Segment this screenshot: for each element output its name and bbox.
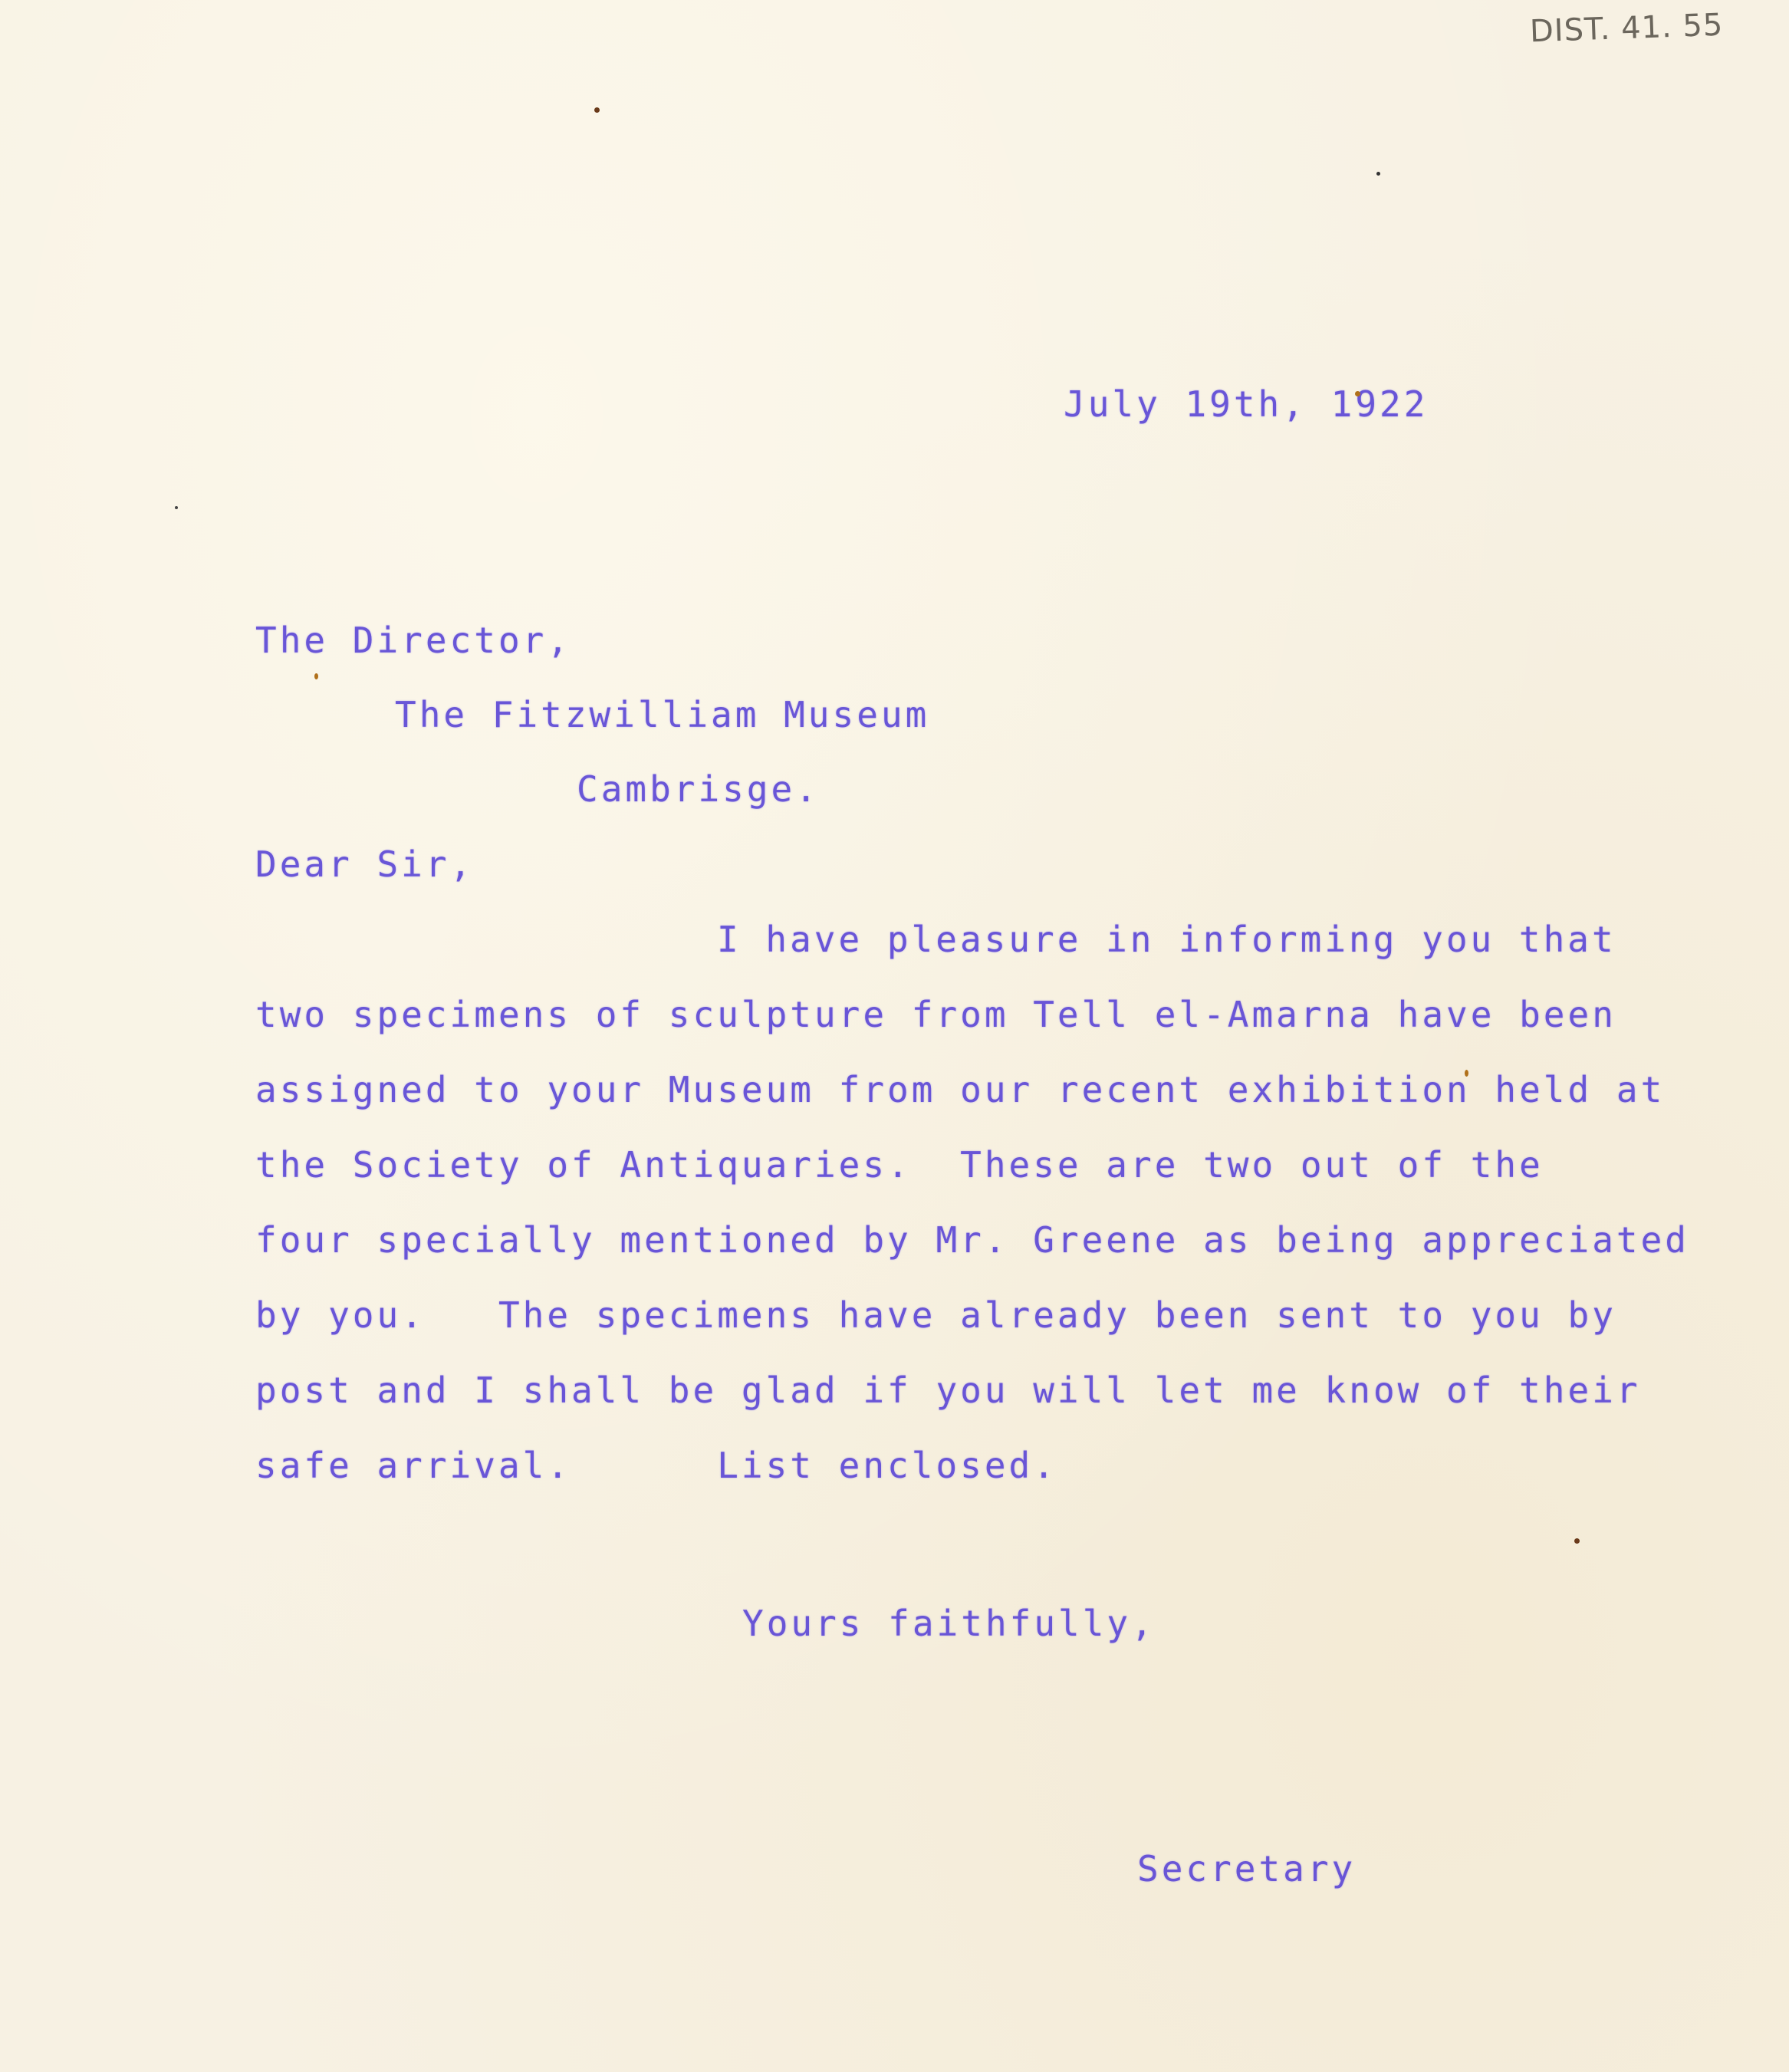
letter-page: DIST. 41. 55 July 19th, 1922 The Directo… [0, 0, 1789, 2072]
body-line: assigned to your Museum from our recent … [255, 1069, 1665, 1110]
paper-speck [1465, 1070, 1468, 1077]
recipient-line-3: Cambrisge. [577, 768, 820, 810]
body-line: I have pleasure in informing you that [717, 919, 1616, 960]
body-line: post and I shall be glad if you will let… [255, 1370, 1641, 1411]
body-line: the Society of Antiquaries. These are tw… [255, 1144, 1544, 1186]
paper-speck [594, 107, 600, 113]
body-line: four specially mentioned by Mr. Greene a… [255, 1219, 1689, 1261]
body-line: two specimens of sculpture from Tell el-… [255, 994, 1616, 1035]
letter-date: July 19th, 1922 [1064, 383, 1428, 425]
paper-speck [1355, 391, 1360, 396]
paper-speck [314, 673, 318, 679]
paper-speck [1376, 172, 1380, 176]
recipient-line-1: The Director, [255, 620, 571, 661]
salutation: Dear Sir, [255, 844, 474, 885]
paper-speck [1574, 1538, 1580, 1544]
archive-reference: DIST. 41. 55 [1529, 8, 1724, 50]
closing: Yours faithfully, [742, 1603, 1156, 1644]
paper-speck [175, 506, 178, 509]
recipient-line-2: The Fitzwilliam Museum [395, 694, 929, 735]
body-line: by you. The specimens have already been … [255, 1294, 1616, 1336]
signature-title: Secretary [1137, 1848, 1356, 1889]
body-line: safe arrival. List enclosed. [255, 1445, 1057, 1486]
